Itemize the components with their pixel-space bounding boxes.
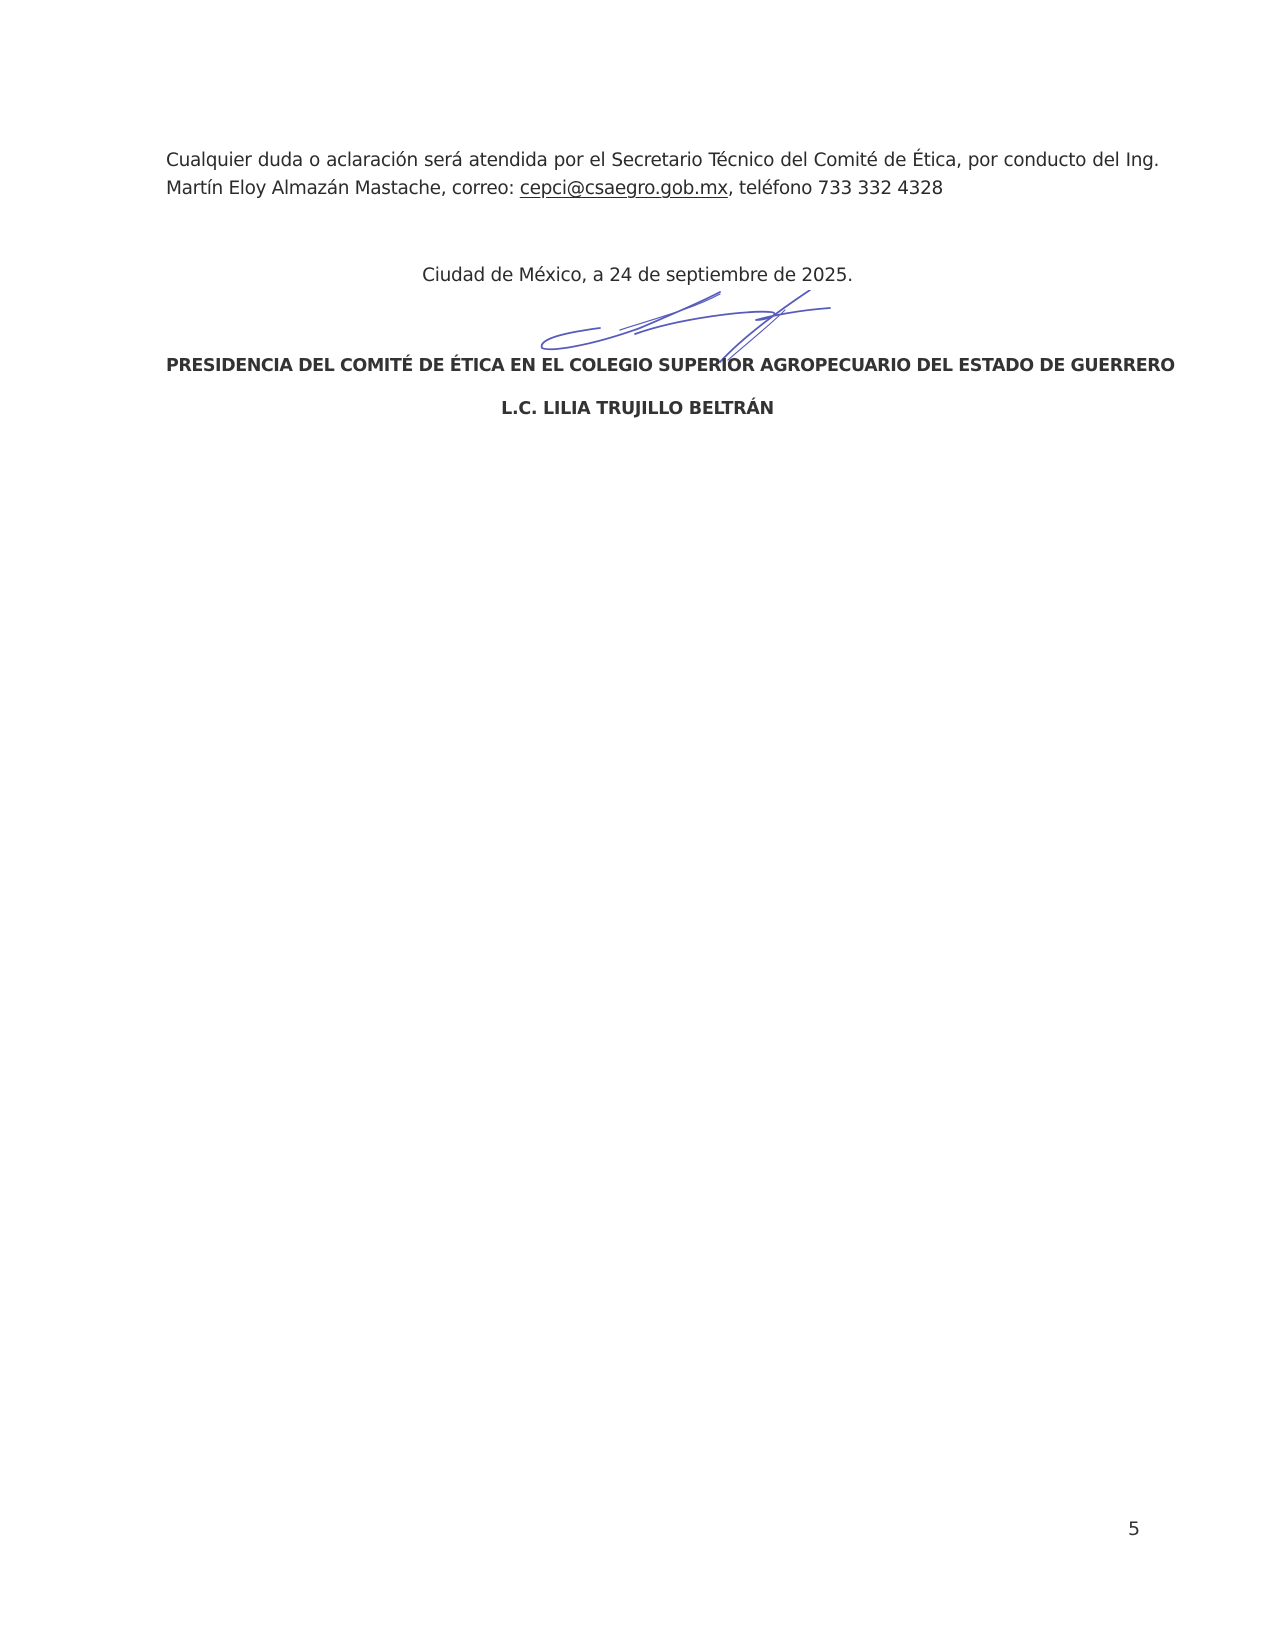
paragraph-line-2-suffix: , teléfono 733 332 4328	[728, 178, 943, 199]
contact-paragraph: Cualquier duda o aclaración será atendid…	[166, 147, 1166, 203]
paragraph-line-2: Martín Eloy Almazán Mastache, correo: ce…	[166, 175, 1166, 203]
page-number: 5	[1128, 1518, 1140, 1540]
signer-name: L.C. LILIA TRUJILLO BELTRÁN	[0, 399, 1275, 419]
institution-title: PRESIDENCIA DEL COMITÉ DE ÉTICA EN EL CO…	[166, 356, 1164, 376]
email-link[interactable]: cepci@csaegro.gob.mx	[520, 178, 728, 199]
place-and-date: Ciudad de México, a 24 de septiembre de …	[0, 265, 1275, 286]
handwritten-signature	[530, 290, 850, 365]
paragraph-line-2-prefix: Martín Eloy Almazán Mastache, correo:	[166, 178, 520, 199]
paragraph-line-1: Cualquier duda o aclaración será atendid…	[166, 147, 1159, 175]
